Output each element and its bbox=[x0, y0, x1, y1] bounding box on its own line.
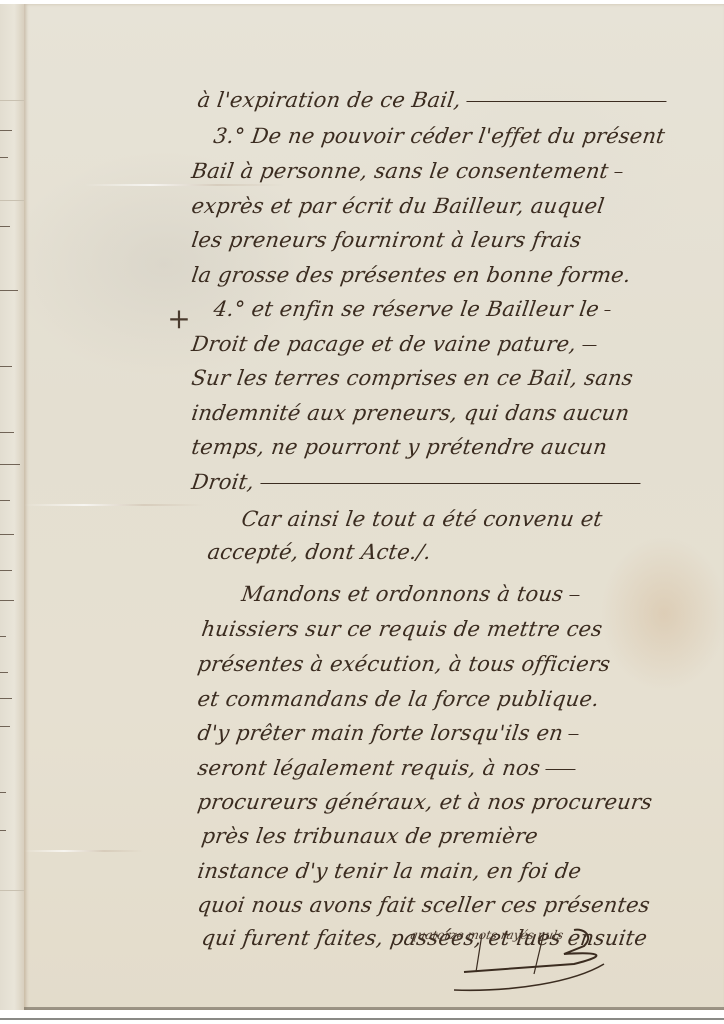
text-line: seront légalement requis, à nos bbox=[196, 756, 578, 780]
paper-fold bbox=[84, 184, 284, 186]
text-line: accepté, dont Acte./. bbox=[206, 540, 433, 564]
scan-edge-line bbox=[0, 1018, 724, 1020]
ink-stroke bbox=[0, 432, 14, 433]
text-line: et commandans de la force publique. bbox=[196, 687, 601, 711]
line-filler-dash bbox=[569, 595, 579, 596]
text-line: exprès et par écrit du Bailleur, auquel bbox=[190, 194, 606, 218]
text-line-content: Car ainsi le tout a été convenu et bbox=[240, 507, 604, 531]
text-line-content: Droit, bbox=[190, 470, 256, 494]
text-line: 4.° et enfin se réserve le Bailleur le bbox=[212, 297, 613, 321]
line-filler-dash bbox=[614, 172, 622, 173]
ink-stroke bbox=[0, 830, 6, 831]
text-line-content: accepté, dont Acte./. bbox=[206, 540, 433, 564]
ink-stroke bbox=[0, 366, 12, 367]
ruled-line bbox=[0, 200, 24, 201]
ruled-line bbox=[0, 890, 24, 891]
text-line-content: près les tribunaux de première bbox=[200, 824, 540, 848]
text-line-content: d'y prêter main forte lorsqu'ils en bbox=[196, 721, 565, 745]
ink-stroke bbox=[0, 500, 10, 501]
line-filler-dash bbox=[546, 769, 576, 770]
line-filler-dash bbox=[605, 310, 611, 311]
text-line: 3.° De ne pouvoir céder l'effet du prése… bbox=[212, 124, 667, 148]
text-line: près les tribunaux de première bbox=[200, 824, 540, 848]
paper-fold bbox=[24, 850, 144, 852]
text-line: présentes à exécution, à tous officiers bbox=[196, 652, 612, 676]
text-line: indemnité aux preneurs, qui dans aucun bbox=[190, 401, 631, 425]
ink-stroke bbox=[0, 672, 8, 673]
ruled-line bbox=[0, 100, 24, 101]
scan-bottom-edge bbox=[0, 1010, 724, 1024]
ink-stroke bbox=[0, 636, 6, 637]
text-line-content: indemnité aux preneurs, qui dans aucun bbox=[190, 401, 631, 425]
text-line-content: 3.° De ne pouvoir céder l'effet du prése… bbox=[212, 124, 667, 148]
text-line-content: instance d'y tenir la main, en foi de bbox=[196, 859, 583, 883]
text-line: instance d'y tenir la main, en foi de bbox=[196, 859, 583, 883]
text-line-content: exprès et par écrit du Bailleur, auquel bbox=[190, 194, 606, 218]
line-filler-dash bbox=[569, 734, 579, 735]
text-line-content: présentes à exécution, à tous officiers bbox=[196, 652, 612, 676]
ink-stroke bbox=[0, 464, 20, 465]
text-line: quoi nous avons fait sceller ces présent… bbox=[196, 893, 652, 917]
text-line-content: la grosse des présentes en bonne forme. bbox=[190, 263, 632, 287]
previous-page-edge bbox=[0, 4, 25, 1010]
ink-stroke bbox=[0, 726, 10, 727]
ink-stroke bbox=[0, 290, 18, 291]
text-line: temps, ne pourront y prétendre aucun bbox=[190, 435, 609, 459]
text-line-content: les preneurs fourniront à leurs frais bbox=[190, 228, 583, 252]
ink-stroke bbox=[0, 698, 12, 699]
ink-stroke bbox=[0, 570, 12, 571]
line-filler-dash bbox=[582, 345, 596, 346]
ink-stroke bbox=[0, 600, 14, 601]
text-line-content: quoi nous avons fait sceller ces présent… bbox=[196, 893, 652, 917]
text-line: la grosse des présentes en bonne forme. bbox=[190, 263, 632, 287]
document-scan: + à l'expiration de ce Bail,3.° De ne po… bbox=[0, 0, 724, 1024]
text-line: Car ainsi le tout a été convenu et bbox=[240, 507, 604, 531]
paper-fold bbox=[24, 504, 204, 506]
line-filler-dash bbox=[260, 483, 640, 484]
text-line-content: huissiers sur ce requis de mettre ces bbox=[200, 617, 604, 641]
text-line: Bail à personne, sans le consentement bbox=[190, 159, 624, 183]
ink-stroke bbox=[0, 226, 10, 227]
text-line: procureurs généraux, et à nos procureurs bbox=[196, 790, 654, 814]
text-line: Droit de pacage et de vaine pature, bbox=[190, 332, 598, 356]
text-line-content: seront légalement requis, à nos bbox=[196, 756, 542, 780]
text-line-content: Bail à personne, sans le consentement bbox=[190, 159, 610, 183]
text-line-content: à l'expiration de ce Bail, bbox=[196, 88, 463, 112]
text-line-content: et commandans de la force publique. bbox=[196, 687, 601, 711]
ink-stroke bbox=[0, 792, 6, 793]
ink-stroke bbox=[0, 534, 14, 535]
text-line-content: 4.° et enfin se réserve le Bailleur le bbox=[212, 297, 601, 321]
manuscript-page: + à l'expiration de ce Bail,3.° De ne po… bbox=[24, 4, 724, 1010]
text-line: Droit, bbox=[190, 470, 642, 494]
text-line: Sur les terres comprises en ce Bail, san… bbox=[190, 366, 635, 390]
ink-stroke bbox=[0, 130, 12, 131]
text-line: d'y prêter main forte lorsqu'ils en bbox=[196, 721, 581, 745]
text-line-content: temps, ne pourront y prétendre aucun bbox=[190, 435, 609, 459]
text-line-content: Mandons et ordonnons à tous bbox=[240, 582, 565, 606]
text-line: à l'expiration de ce Bail, bbox=[196, 88, 669, 112]
text-line-content: Sur les terres comprises en ce Bail, san… bbox=[190, 366, 635, 390]
paraph-flourish-icon bbox=[424, 924, 624, 1004]
margin-cross-mark: + bbox=[164, 306, 194, 332]
text-line-content: Droit de pacage et de vaine pature, bbox=[190, 332, 578, 356]
text-line: huissiers sur ce requis de mettre ces bbox=[200, 617, 604, 641]
text-line-content: procureurs généraux, et à nos procureurs bbox=[196, 790, 654, 814]
text-line: les preneurs fourniront à leurs frais bbox=[190, 228, 583, 252]
line-filler-dash bbox=[467, 101, 667, 102]
ink-stroke bbox=[0, 157, 8, 158]
text-line: Mandons et ordonnons à tous bbox=[240, 582, 581, 606]
